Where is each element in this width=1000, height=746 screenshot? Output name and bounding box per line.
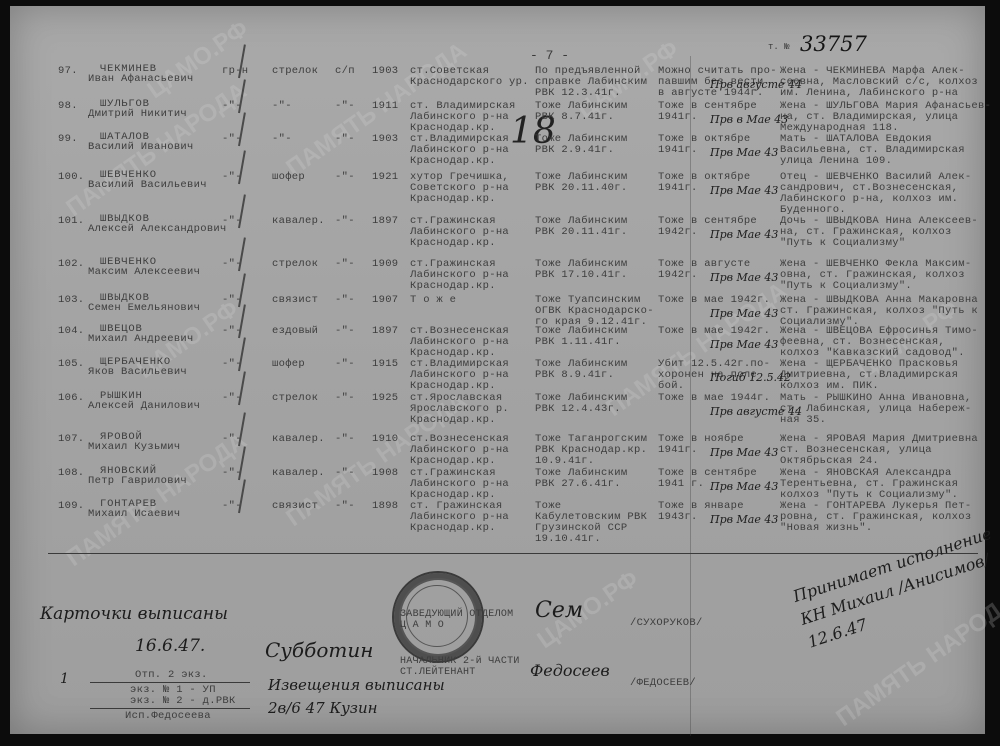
- birth-year: 1897: [372, 216, 398, 227]
- head-signature: Сем: [535, 598, 583, 623]
- draft-info: Тоже Лабинским РВК 20.11.40г.: [535, 172, 627, 194]
- draft-info: Тоже Лабинским РВК 27.6.41г.: [535, 468, 627, 490]
- given-name: Михаил Андреевич: [88, 334, 194, 345]
- given-name: Яков Васильевич: [88, 367, 187, 378]
- notices-date: 2в/6 47 Кузин: [268, 699, 378, 717]
- check-mark-icon: [238, 79, 246, 113]
- check-mark-icon: [238, 446, 246, 480]
- draft-info: Тоже Лабинским РВК 2.9.41г.: [535, 134, 627, 156]
- row-number: 105.: [58, 359, 84, 370]
- handwritten-annotation: Погиб 12.5.42: [710, 371, 791, 384]
- position: шофер: [272, 359, 305, 370]
- birthplace: Т о ж е: [410, 295, 456, 306]
- position: шофер: [272, 172, 305, 183]
- position: кавалер.: [272, 216, 325, 227]
- handwritten-annotation: Прв августе 44: [710, 78, 802, 91]
- relatives-info: Мать - РЫШКИНО Анна Ивановна, ст. Лабинс…: [780, 393, 971, 426]
- margin-mark: 1: [60, 671, 69, 687]
- handwritten-annotation: Прв Мае 43: [710, 446, 778, 459]
- relatives-info: Жена - ШВЫДКОВА Анна Макаровна ст. Гражи…: [780, 295, 978, 328]
- position: стрелок: [272, 259, 318, 270]
- draft-info: Тоже Таганрогским РВК Краснодар.кр. 10.9…: [535, 434, 647, 467]
- row-number: 104.: [58, 326, 84, 337]
- check-mark-icon: [238, 194, 246, 228]
- handwritten-annotation: Прв Мае 43: [710, 184, 778, 197]
- watermark: ЦАМО.РФ: [142, 15, 253, 105]
- unit: -"-: [335, 359, 355, 370]
- handwritten-annotation: Прв в Мае 43: [710, 113, 788, 126]
- head-title: ЗАВЕДУЮЩИЙ ОТДЕЛОМ Ц А М О: [400, 609, 513, 631]
- relatives-info: Жена - ШВЕЦОВА Ефросинья Тимо- феевна, с…: [780, 326, 978, 359]
- unit: -"-: [335, 501, 355, 512]
- check-mark-icon: [238, 273, 246, 307]
- relatives-info: Жена - ЯРОВАЯ Мария Дмитриевна ст. Возне…: [780, 434, 978, 467]
- position: кавалер.: [272, 468, 325, 479]
- unit: -"-: [335, 393, 355, 404]
- birthplace: ст.Гражинская Лабинского р-на Краснодар.…: [410, 216, 509, 249]
- birth-year: 1908: [372, 468, 398, 479]
- archival-document-page: ПАМЯТЬ НАРОДА ПАМЯТЬ НАРОДА ПАМЯТЬ НАРОД…: [10, 6, 985, 734]
- row-number: 107.: [58, 434, 84, 445]
- handwritten-annotation: Прв Мае 43: [710, 513, 778, 526]
- relatives-info: Жена - ГОНТАРЕВА Лукерья Пет- ровна, ст.…: [780, 501, 971, 534]
- check-mark-icon: [238, 150, 246, 184]
- given-name: Семен Емельянович: [88, 303, 200, 314]
- copy-2: экз. № 2 - д.РВК: [130, 696, 236, 707]
- missing-status: Тоже в мае 1942г.: [658, 326, 770, 337]
- row-number: 103.: [58, 295, 84, 306]
- executor: Исп.Федосеева: [125, 711, 211, 722]
- handwritten-annotation: Прв Мае 43: [710, 228, 778, 241]
- draft-info: Тоже Лабинским РВК 20.11.41г.: [535, 216, 627, 238]
- given-name: Василий Иванович: [88, 142, 194, 153]
- relatives-info: Жена - ШЕВЧЕНКО Фекла Максим- овна, ст. …: [780, 259, 971, 292]
- handwritten-annotation: Прв Мае 43: [710, 307, 778, 320]
- missing-status: Тоже в мае 1942г.: [658, 295, 770, 306]
- unit: с/п: [335, 66, 355, 77]
- missing-status: Тоже в мае 1944г.: [658, 393, 770, 404]
- birth-year: 1903: [372, 66, 398, 77]
- birthplace: ст. Гражинская Лабинского р-на Краснодар…: [410, 501, 509, 534]
- relatives-info: Жена - ШУЛЬГОВА Мария Афанасьев- на, ст.…: [780, 101, 991, 134]
- given-name: Иван Афанасьевич: [88, 74, 194, 85]
- draft-info: По предъявленной справке Лабинским РВК 1…: [535, 66, 647, 99]
- row-number: 102.: [58, 259, 84, 270]
- handwritten-annotation: Прв Мае 43: [710, 338, 778, 351]
- birth-year: 1911: [372, 101, 398, 112]
- row-number: 106.: [58, 393, 84, 404]
- chief-title: НАЧАЛЬНИК 2-й ЧАСТИ СТ.ЛЕЙТЕНАНТ: [400, 656, 520, 678]
- copies-rule-bottom: [90, 708, 250, 709]
- row-number: 98.: [58, 101, 78, 112]
- birth-year: 1903: [372, 134, 398, 145]
- check-mark-icon: [238, 371, 246, 405]
- birthplace: ст. Владимирская Лабинского р-на Краснод…: [410, 101, 516, 134]
- check-mark-icon: [238, 337, 246, 371]
- row-number: 99.: [58, 134, 78, 145]
- rank: гр-н: [222, 66, 248, 77]
- row-number: 101.: [58, 216, 84, 227]
- handwritten-annotation: Прв Мае 43: [710, 146, 778, 159]
- row-number: 100.: [58, 172, 84, 183]
- given-name: Алексей Данилович: [88, 401, 200, 412]
- register-number: 33757: [800, 32, 867, 56]
- birthplace: ст.Вознесенская Лабинского р-на Краснода…: [410, 326, 509, 359]
- copies-title: Отп. 2 экз.: [135, 670, 208, 681]
- birth-year: 1897: [372, 326, 398, 337]
- position: стрелок: [272, 393, 318, 404]
- position: -"-: [272, 134, 292, 145]
- birthplace: ст.Ярославская Ярославского р. Краснодар…: [410, 393, 509, 426]
- given-name: Михаил Исаевич: [88, 509, 180, 520]
- signature-left: Субботин: [265, 638, 373, 662]
- birth-year: 1909: [372, 259, 398, 270]
- unit: -"-: [335, 134, 355, 145]
- given-name: Дмитрий Никитич: [88, 109, 187, 120]
- birth-year: 1898: [372, 501, 398, 512]
- position: связист: [272, 295, 318, 306]
- accepted-note: Принимает исполнение КН Михаил /Анисимов…: [790, 522, 1000, 655]
- unit: -"-: [335, 434, 355, 445]
- birthplace: ст.Гражинская Лабинского р-на Краснодар.…: [410, 468, 509, 501]
- row-number: 108.: [58, 468, 84, 479]
- relatives-info: Жена - ЯНОВСКАЯ Александра Терентьевна, …: [780, 468, 958, 501]
- cards-written-note: Карточки выписаны: [40, 604, 228, 624]
- given-name: Василий Васильевич: [88, 180, 207, 191]
- notices-written-note: Извещения выписаны: [268, 676, 445, 694]
- relatives-info: Дочь - ШВЫДКОВА Нина Алексеев- на, ст. Г…: [780, 216, 978, 249]
- birth-year: 1921: [372, 172, 398, 183]
- birth-year: 1907: [372, 295, 398, 306]
- chief-name: /ФЕДОСЕЕВ/: [630, 678, 696, 689]
- check-mark-icon: [238, 112, 246, 146]
- birthplace: ст.Гражинская Лабинского р-на Краснодар.…: [410, 259, 509, 292]
- draft-info: Тоже Лабинским РВК 17.10.41г.: [535, 259, 627, 281]
- unit: -"-: [335, 326, 355, 337]
- chief-signature: Федосеев: [530, 661, 610, 680]
- unit: -"-: [335, 172, 355, 183]
- unit: -"-: [335, 468, 355, 479]
- relatives-info: Жена - ЩЕРБАЧЕНКО Прасковья Дмитриевна, …: [780, 359, 958, 392]
- position: ездовый: [272, 326, 318, 337]
- birthplace: ст.Советская Краснодарского ур.: [410, 66, 529, 88]
- draft-info: Тоже Лабинским РВК 8.9.41г.: [535, 359, 627, 381]
- position: -"-: [272, 101, 292, 112]
- check-mark-icon: [238, 412, 246, 446]
- relatives-info: Отец - ШЕВЧЕНКО Василий Алек- сандрович,…: [780, 172, 971, 216]
- birthplace: ст.Вознесенская Лабинского р-на Краснода…: [410, 434, 509, 467]
- draft-info: Тоже Лабинским РВК 12.4.43г.: [535, 393, 627, 415]
- unit: -"-: [335, 101, 355, 112]
- register-label: т. №: [768, 42, 790, 52]
- relatives-info: Мать - ШАТАЛОВА Евдокия Васильевна, ст. …: [780, 134, 965, 167]
- given-name: Алексей Александрович: [88, 224, 227, 235]
- position: кавалер.: [272, 434, 325, 445]
- draft-info: Тоже Лабинским РВК 1.11.41г.: [535, 326, 627, 348]
- position: связист: [272, 501, 318, 512]
- copies-rule-top: [90, 682, 250, 683]
- unit: -"-: [335, 295, 355, 306]
- unit: -"-: [335, 216, 355, 227]
- table-divider: [48, 553, 978, 554]
- birth-year: 1910: [372, 434, 398, 445]
- draft-info: Тоже Туапсинским ОГВК Краснодарско- го к…: [535, 295, 654, 328]
- birth-year: 1915: [372, 359, 398, 370]
- check-mark-icon: [238, 304, 246, 338]
- handwritten-annotation: Прв Мае 43: [710, 480, 778, 493]
- handwritten-annotation: Прв Мае 43: [710, 271, 778, 284]
- given-name: Максим Алексеевич: [88, 267, 200, 278]
- unit: -"-: [335, 259, 355, 270]
- handwritten-annotation: Прв августе 44: [710, 405, 802, 418]
- birth-year: 1925: [372, 393, 398, 404]
- row-number: 97.: [58, 66, 78, 77]
- head-name: /СУХОРУКОВ/: [630, 618, 703, 629]
- relatives-info: Жена - ЧЕКМИНЕВА Марфа Алек- сеевна, Мас…: [780, 66, 978, 99]
- birthplace: ст.Владимирская Лабинского р-на Краснода…: [410, 359, 509, 392]
- birthplace: хутор Гречишка, Советского р-на Краснода…: [410, 172, 509, 205]
- check-mark-icon: [238, 479, 246, 513]
- draft-info: Тоже Кабулетовским РВК Грузинской ССР 19…: [535, 501, 647, 545]
- birthplace: ст.Владимирская Лабинского р-на Краснода…: [410, 134, 509, 167]
- given-name: Петр Гаврилович: [88, 476, 187, 487]
- date-left: 16.6.47.: [135, 636, 205, 656]
- given-name: Михаил Кузьмич: [88, 442, 180, 453]
- draft-info: Тоже Лабинским РВК 8.7.41г.: [535, 101, 627, 123]
- check-mark-icon: [238, 237, 246, 271]
- position: стрелок: [272, 66, 318, 77]
- row-number: 109.: [58, 501, 84, 512]
- page-number: - 7 -: [530, 48, 569, 63]
